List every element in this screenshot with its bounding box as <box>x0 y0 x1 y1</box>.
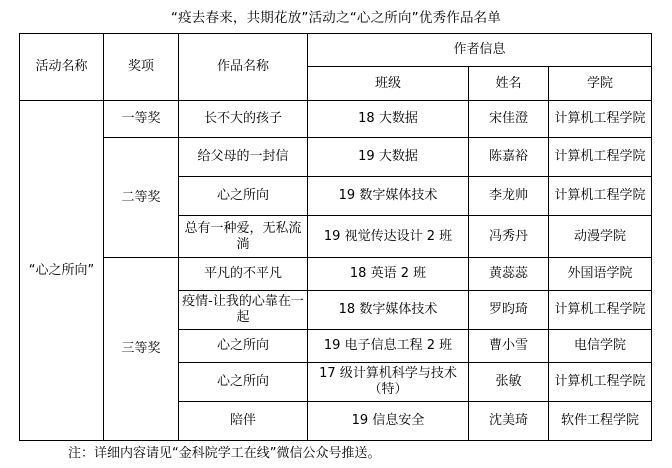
college-cell: 计算机工程学院 <box>549 291 652 330</box>
work-cell: 给父母的一封信 <box>179 138 308 177</box>
name-cell: 冯秀丹 <box>469 216 549 258</box>
header-award: 奖项 <box>104 34 179 101</box>
header-name: 姓名 <box>469 67 549 101</box>
class-cell: 19 视觉传达设计 2 班 <box>308 216 469 258</box>
class-cell: 19 大数据 <box>308 138 469 177</box>
college-cell: 计算机工程学院 <box>549 101 652 138</box>
work-cell: 疫情-让我的心靠在一起 <box>179 291 308 330</box>
award-cell-first: 一等奖 <box>104 101 179 138</box>
header-class: 班级 <box>308 67 469 101</box>
class-cell: 19 数字媒体技术 <box>308 177 469 216</box>
work-cell: 心之所向 <box>179 177 308 216</box>
work-cell: 心之所向 <box>179 363 308 402</box>
work-cell: 陪伴 <box>179 402 308 441</box>
class-cell: 18 大数据 <box>308 101 469 138</box>
work-cell: 总有一种爱，无私流淌 <box>179 216 308 258</box>
header-author-info: 作者信息 <box>308 34 652 67</box>
class-cell: 19 电子信息工程 2 班 <box>308 330 469 363</box>
header-work: 作品名称 <box>179 34 308 101</box>
page-title: “疫去春来，共期花放”活动之“心之所向”优秀作品名单 <box>0 6 672 26</box>
header-college: 学院 <box>549 67 652 101</box>
class-cell: 19 信息安全 <box>308 402 469 441</box>
class-cell: 18 英语 2 班 <box>308 258 469 291</box>
footnote: 注：详细内容请见“金科院学工在线”微信公众号推送。 <box>68 442 380 461</box>
table-row: 二等奖 给父母的一封信 19 大数据 陈嘉裕 计算机工程学院 <box>20 138 652 177</box>
table-row: 三等奖 平凡的不平凡 18 英语 2 班 黄蕊蕊 外国语学院 <box>20 258 652 291</box>
award-roster-table: 活动名称 奖项 作品名称 作者信息 班级 姓名 学院 “心之所向” 一等奖 长不… <box>19 33 652 441</box>
award-cell-third: 三等奖 <box>104 258 179 441</box>
name-cell: 罗昀琦 <box>469 291 549 330</box>
name-cell: 张敏 <box>469 363 549 402</box>
college-cell: 动漫学院 <box>549 216 652 258</box>
name-cell: 沈美琦 <box>469 402 549 441</box>
name-cell: 陈嘉裕 <box>469 138 549 177</box>
name-cell: 黄蕊蕊 <box>469 258 549 291</box>
class-cell: 17 级计算机科学与技术（特） <box>308 363 469 402</box>
award-cell-second: 二等奖 <box>104 138 179 258</box>
name-cell: 李龙帅 <box>469 177 549 216</box>
table-row: “心之所向” 一等奖 长不大的孩子 18 大数据 宋佳澄 计算机工程学院 <box>20 101 652 138</box>
college-cell: 计算机工程学院 <box>549 138 652 177</box>
work-cell: 平凡的不平凡 <box>179 258 308 291</box>
activity-name-cell: “心之所向” <box>20 101 104 441</box>
college-cell: 计算机工程学院 <box>549 177 652 216</box>
college-cell: 软件工程学院 <box>549 402 652 441</box>
class-cell: 18 数字媒体技术 <box>308 291 469 330</box>
work-cell: 心之所向 <box>179 330 308 363</box>
college-cell: 计算机工程学院 <box>549 363 652 402</box>
college-cell: 外国语学院 <box>549 258 652 291</box>
work-cell: 长不大的孩子 <box>179 101 308 138</box>
name-cell: 宋佳澄 <box>469 101 549 138</box>
college-cell: 电信学院 <box>549 330 652 363</box>
name-cell: 曹小雪 <box>469 330 549 363</box>
header-activity: 活动名称 <box>20 34 104 101</box>
